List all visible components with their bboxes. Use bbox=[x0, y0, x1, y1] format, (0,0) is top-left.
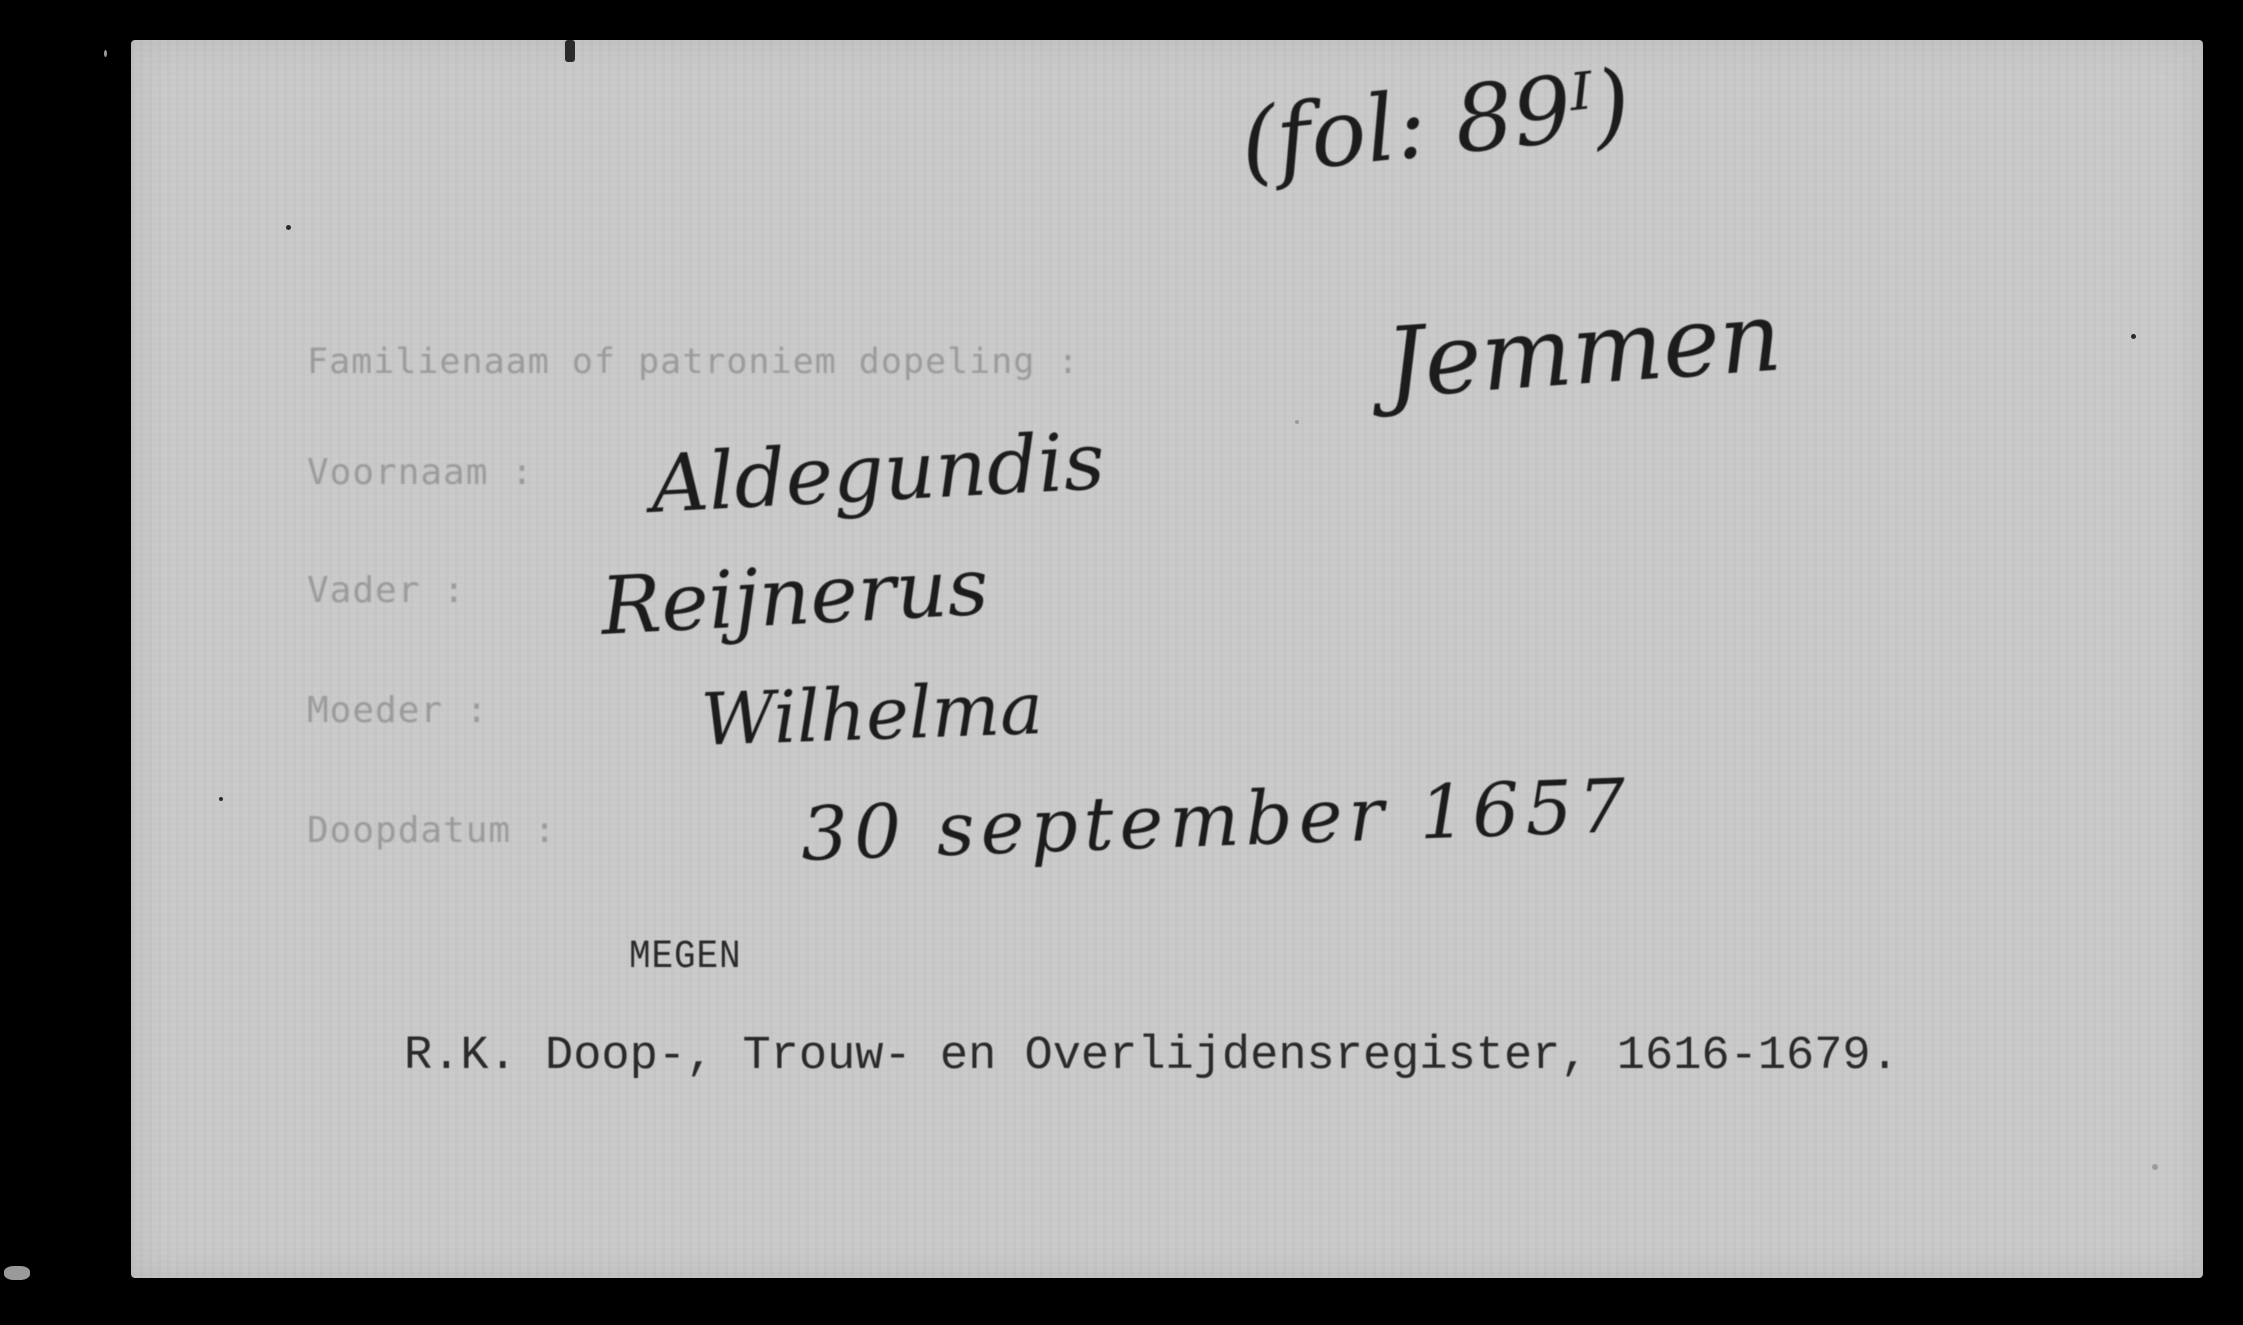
ink-mark bbox=[565, 40, 575, 62]
dust-speck bbox=[286, 225, 291, 230]
dust-speck bbox=[219, 797, 223, 801]
surname-label: Familienaam of patroniem dopeling : bbox=[307, 342, 1080, 382]
source-register: R.K. Doop-, Trouw- en Overlijdensregiste… bbox=[404, 1030, 1899, 1083]
baptism-date-label: Doopdatum : bbox=[307, 810, 556, 851]
dust-speck bbox=[2152, 1164, 2158, 1170]
dust-speck bbox=[1295, 420, 1299, 424]
folio-note: (fol: 89ᴵ) bbox=[1235, 49, 1635, 196]
place-name: MEGEN bbox=[629, 935, 742, 980]
first-name-value: Aldegundis bbox=[649, 414, 1107, 531]
baptism-date-value: 30 september 1657 bbox=[799, 763, 1632, 878]
father-value: Reijnerus bbox=[599, 540, 991, 653]
mother-value: Wilhelma bbox=[700, 666, 1045, 762]
scan-artifact bbox=[104, 50, 107, 57]
dust-speck bbox=[2131, 334, 2136, 339]
scan-artifact bbox=[4, 1266, 30, 1280]
baptism-index-card: (fol: 89ᴵ) Familienaam of patroniem dope… bbox=[131, 40, 2203, 1278]
father-label: Vader : bbox=[307, 570, 466, 611]
first-name-label: Voornaam : bbox=[307, 452, 534, 493]
scanned-index-card-image: (fol: 89ᴵ) Familienaam of patroniem dope… bbox=[0, 0, 2243, 1325]
mother-label: Moeder : bbox=[307, 690, 488, 731]
surname-value: Jemmen bbox=[1382, 281, 1785, 420]
